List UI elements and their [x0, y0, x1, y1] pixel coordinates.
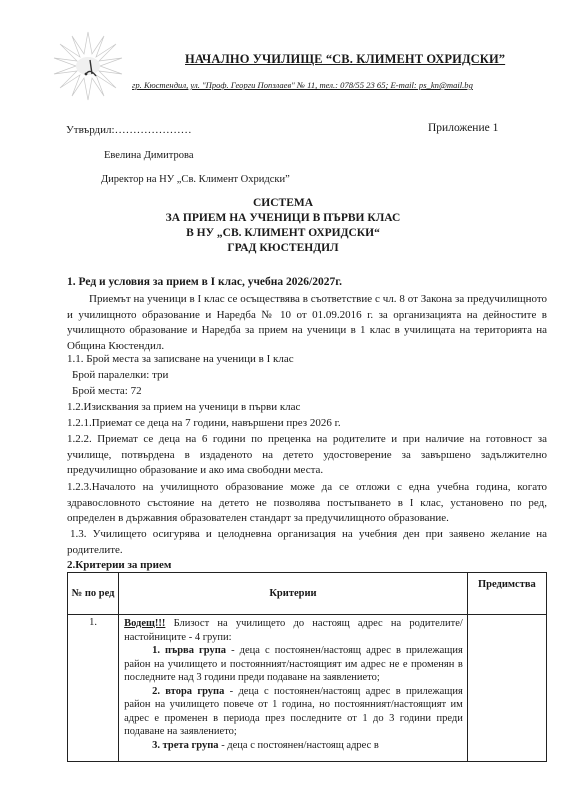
title-line-4: ГРАД КЮСТЕНДИЛ	[0, 241, 566, 256]
title-line-2: ЗА ПРИЕМ НА УЧЕНИЦИ В ПЪРВИ КЛАС	[0, 211, 566, 226]
row-number: 1.	[68, 615, 119, 762]
header-criteria: Критерии	[119, 573, 468, 615]
criteria-table: № по ред Критерии Предимства 1. Водещ!!!…	[67, 572, 547, 762]
table-row: 1. Водещ!!! Близост на училището до наст…	[68, 615, 547, 762]
approved-by-label: Утвърдил:…………………	[66, 124, 192, 136]
section-1-2-3: 1.2.3.Началото на училищното образование…	[67, 480, 547, 527]
title-line-3: В НУ „СВ. КЛИМЕНТ ОХРИДСКИ“	[0, 226, 566, 241]
appendix-label: Приложение 1	[428, 122, 498, 134]
table-header-row: № по ред Критерии Предимства	[68, 573, 547, 615]
criteria-cell: Водещ!!! Близост на училището до настоящ…	[119, 615, 468, 762]
section-1-heading: 1. Ред и условия за прием в I клас, учеб…	[67, 275, 547, 291]
lead-criterion: Водещ!!!	[124, 618, 165, 629]
classes-count: Брой паралелки: три	[72, 369, 168, 381]
section-1-2-2: 1.2.2. Приемат се деца на 6 години по пр…	[67, 432, 547, 479]
header-advantages: Предимства	[467, 573, 546, 615]
lead-criterion-text: Близост на училището до настоящ адрес на…	[124, 618, 463, 643]
title-line-1: СИСТЕМА	[0, 196, 566, 211]
school-logo-icon	[52, 30, 124, 102]
school-name: НАЧАЛНО УЧИЛИЩЕ “СВ. КЛИМЕНТ ОХРИДСКИ”	[185, 52, 505, 67]
group-3: 3. трета група - деца с постоянен/настоя…	[124, 739, 463, 753]
group-3-text: - деца с постоянен/настоящ адрес в	[219, 740, 379, 751]
places-count: Брой места: 72	[72, 385, 142, 397]
header-number: № по ред	[68, 573, 119, 615]
section-1-2-1: 1.2.1.Приемат се деца на 7 години, навър…	[67, 417, 341, 429]
group-2-label: 2. втора група	[152, 686, 224, 697]
advantages-cell	[467, 615, 546, 762]
section-1-intro: Приемът на ученици в I клас се осъществя…	[67, 292, 547, 354]
group-1-label: 1. първа група	[152, 645, 226, 656]
section-1-3: 1.3. Училището осигурява и целодневна ор…	[67, 527, 547, 558]
group-2: 2. втора група - деца с постоянен/настоя…	[124, 685, 463, 739]
director-title: Директор на НУ „Св. Климент Охридски”	[101, 174, 290, 185]
document-title: СИСТЕМА ЗА ПРИЕМ НА УЧЕНИЦИ В ПЪРВИ КЛАС…	[0, 196, 566, 256]
group-3-label: 3. трета група	[152, 740, 218, 751]
group-1: 1. първа група - деца с постоянен/настоя…	[124, 644, 463, 685]
school-address: гр. Кюстендил, ул. "Проф. Георги Попзлае…	[132, 80, 473, 90]
director-name: Евелина Димитрова	[104, 150, 193, 161]
section-1-1: 1.1. Брой места за записване на ученици …	[67, 353, 294, 365]
section-1-2: 1.2.Изисквания за прием на ученици в пър…	[67, 401, 300, 413]
